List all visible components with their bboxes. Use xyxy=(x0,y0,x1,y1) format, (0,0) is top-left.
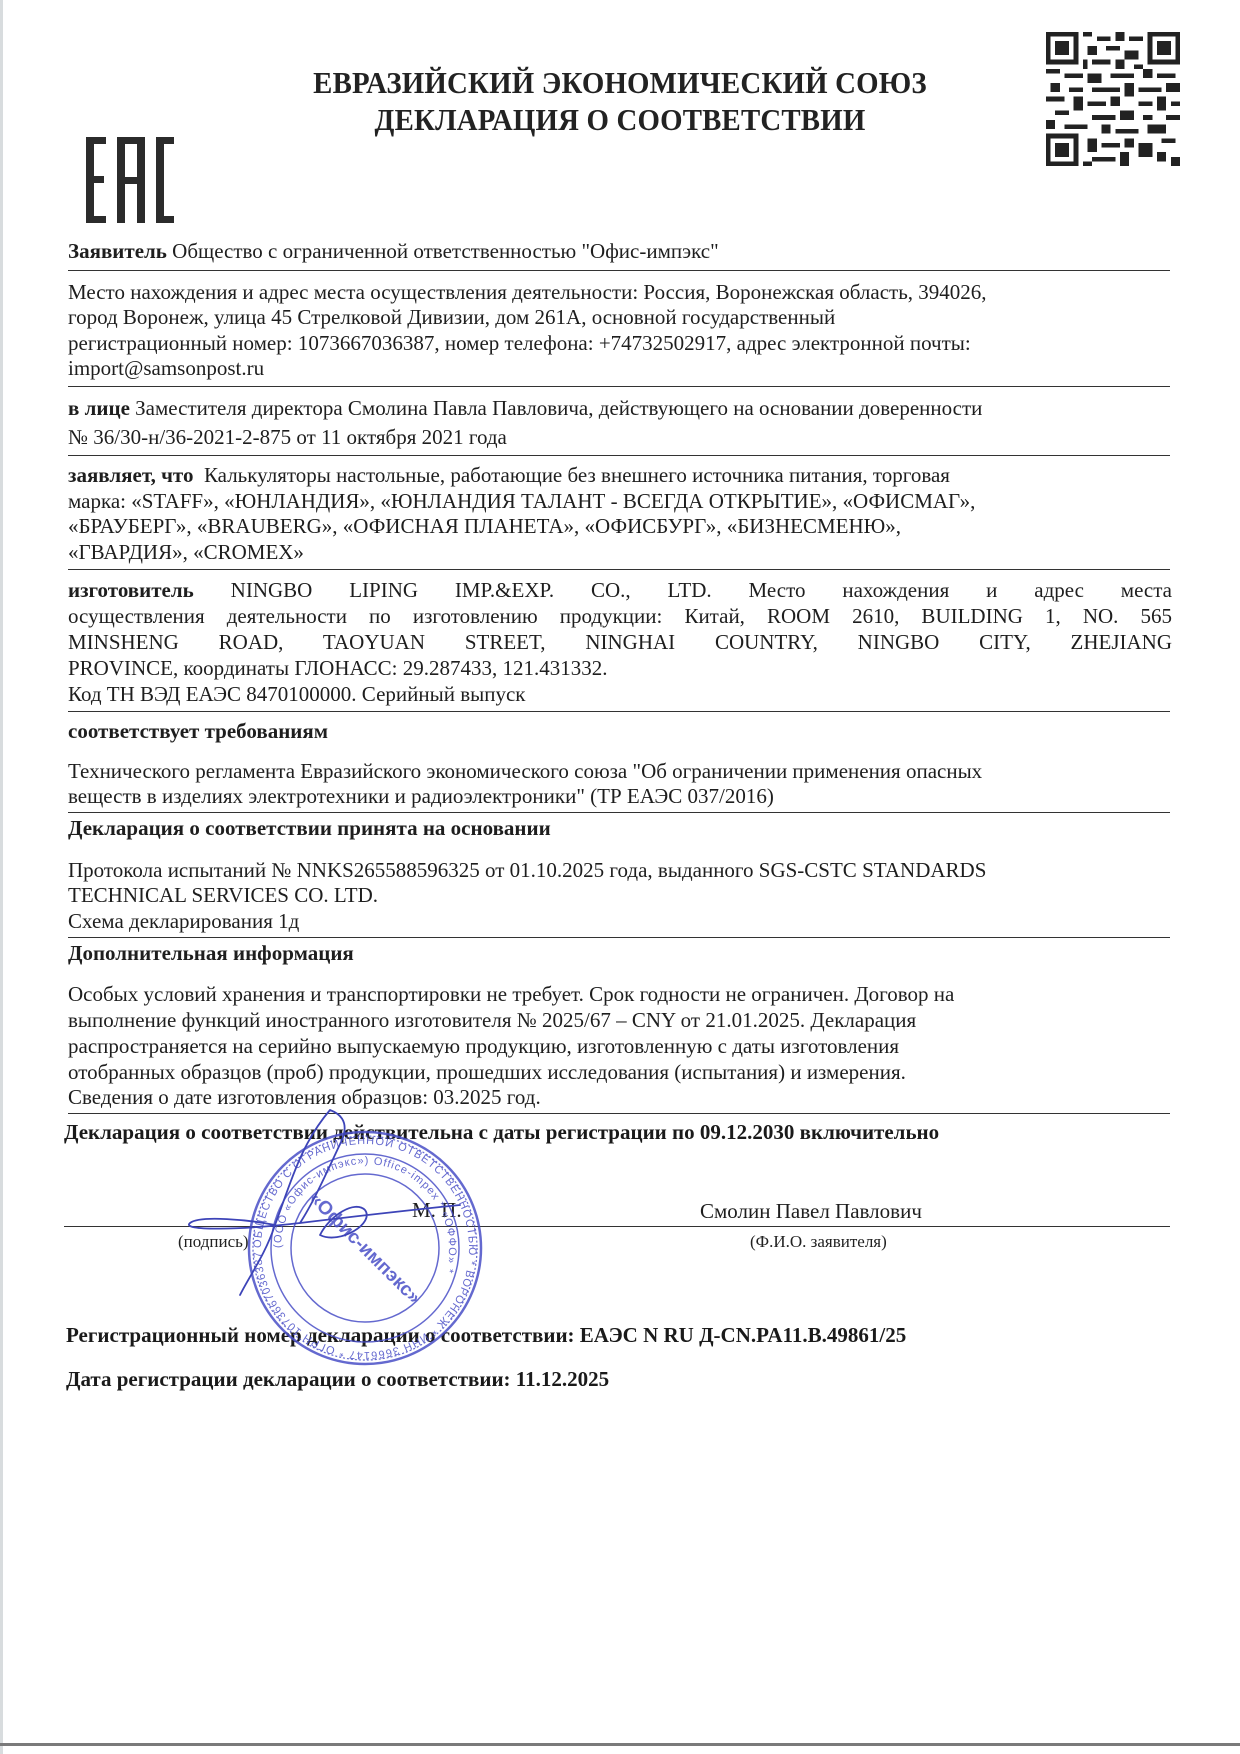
declaration-page: ЕВРАЗИЙСКИЙ ЭКОНОМИЧЕСКИЙ СОЮЗ ДЕКЛАРАЦИ… xyxy=(0,0,1240,1754)
requirements-heading: соответствует требованиям xyxy=(68,721,1172,742)
divider xyxy=(68,711,1170,712)
manufacturer-line: осуществления деятельности по изготовлен… xyxy=(68,606,1172,627)
additional-line: Особых условий хранения и транспортировк… xyxy=(68,984,1172,1005)
applicant-address-line: город Воронеж, улица 45 Стрелковой Дивиз… xyxy=(68,307,1172,328)
applicant-label: Заявитель xyxy=(68,239,167,263)
title-declaration: ДЕКЛАРАЦИЯ О СООТВЕТСТВИИ xyxy=(229,104,1010,135)
manufacturer-label: изготовитель xyxy=(68,578,194,602)
applicant-full-name: Смолин Павел Павлович xyxy=(700,1201,922,1222)
additional-line: распространяется на серийно выпускаемую … xyxy=(68,1036,1172,1057)
manufacturer-row: изготовитель NINGBO LIPING IMP.&EXP. CO.… xyxy=(68,580,1172,601)
divider xyxy=(68,455,1170,456)
handwritten-signature-icon xyxy=(180,1105,510,1305)
representative-row: в лице Заместителя директора Смолина Пав… xyxy=(68,398,1172,419)
basis-heading: Декларация о соответствии принята на осн… xyxy=(68,818,1172,839)
name-caption: (Ф.И.О. заявителя) xyxy=(750,1233,887,1250)
basis-heading-text: Декларация о соответствии принята на осн… xyxy=(68,816,551,840)
regulation-line: Технического регламента Евразийского эко… xyxy=(68,761,1172,782)
tn-ved-code: Код ТН ВЭД ЕАЭС 8470100000. Серийный вып… xyxy=(68,684,1172,705)
manufacturer-line: NINGBO LIPING IMP.&EXP. CO., LTD. Место … xyxy=(231,578,1172,602)
applicant-address-line: регистрационный номер: 1073667036387, но… xyxy=(68,333,1172,354)
product-line: марка: «STAFF», «ЮНЛАНДИЯ», «ЮНЛАНДИЯ ТА… xyxy=(68,491,1172,512)
declares-label: заявляет, что xyxy=(68,463,193,487)
qr-code-icon xyxy=(1046,32,1180,166)
product-line: «ГВАРДИЯ», «CROMEX» xyxy=(68,542,1172,563)
manufacturer-line: PROVINCE, координаты ГЛОНАСС: 29.287433,… xyxy=(68,658,1172,679)
applicant-name: Общество с ограниченной ответственностью… xyxy=(172,239,719,263)
divider xyxy=(68,569,1170,570)
divider xyxy=(68,812,1170,813)
product-line: «БРАУБЕРГ», «BRAUBERG», «ОФИСНАЯ ПЛАНЕТА… xyxy=(68,516,1172,537)
product-line: Калькуляторы настольные, работающие без … xyxy=(204,463,950,487)
additional-heading: Дополнительная информация xyxy=(68,943,1172,964)
divider xyxy=(68,386,1170,387)
eac-mark-icon xyxy=(86,137,174,223)
scan-edge xyxy=(0,0,3,1754)
divider xyxy=(68,937,1170,938)
representative-text: Заместителя директора Смолина Павла Павл… xyxy=(135,396,982,420)
scan-bottom-edge xyxy=(0,1743,1240,1746)
test-protocol-line: TECHNICAL SERVICES CO. LTD. xyxy=(68,885,1172,906)
registration-number: Регистрационный номер декларации о соотв… xyxy=(66,1325,906,1346)
registration-date: Дата регистрации декларации о соответств… xyxy=(66,1369,609,1390)
declares-row: заявляет, что Калькуляторы настольные, р… xyxy=(68,465,1172,486)
representative-label: в лице xyxy=(68,396,130,420)
applicant-row: Заявитель Общество с ограниченной ответс… xyxy=(68,241,1172,262)
power-of-attorney: № 36/30-н/36-2021-2-875 от 11 октября 20… xyxy=(68,427,1172,448)
requirements-heading-text: соответствует требованиям xyxy=(68,719,328,743)
applicant-address-line: Место нахождения и адрес места осуществл… xyxy=(68,282,1172,303)
additional-heading-text: Дополнительная информация xyxy=(68,941,354,965)
declaration-scheme: Схема декларирования 1д xyxy=(68,911,1172,932)
manufacturer-line: MINSHENG ROAD, TAOYUAN STREET, NINGHAI C… xyxy=(68,632,1172,653)
additional-line: выполнение функций иностранного изготови… xyxy=(68,1010,1172,1031)
divider xyxy=(68,270,1170,271)
applicant-email: import@samsonpost.ru xyxy=(68,358,1172,379)
regulation-line: веществ в изделиях электротехники и ради… xyxy=(68,786,1172,807)
additional-line: отобранных образцов (проб) продукции, пр… xyxy=(68,1062,1172,1083)
test-protocol-line: Протокола испытаний № NNKS265588596325 о… xyxy=(68,860,1172,881)
title-union: ЕВРАЗИЙСКИЙ ЭКОНОМИЧЕСКИЙ СОЮЗ xyxy=(229,67,1010,98)
